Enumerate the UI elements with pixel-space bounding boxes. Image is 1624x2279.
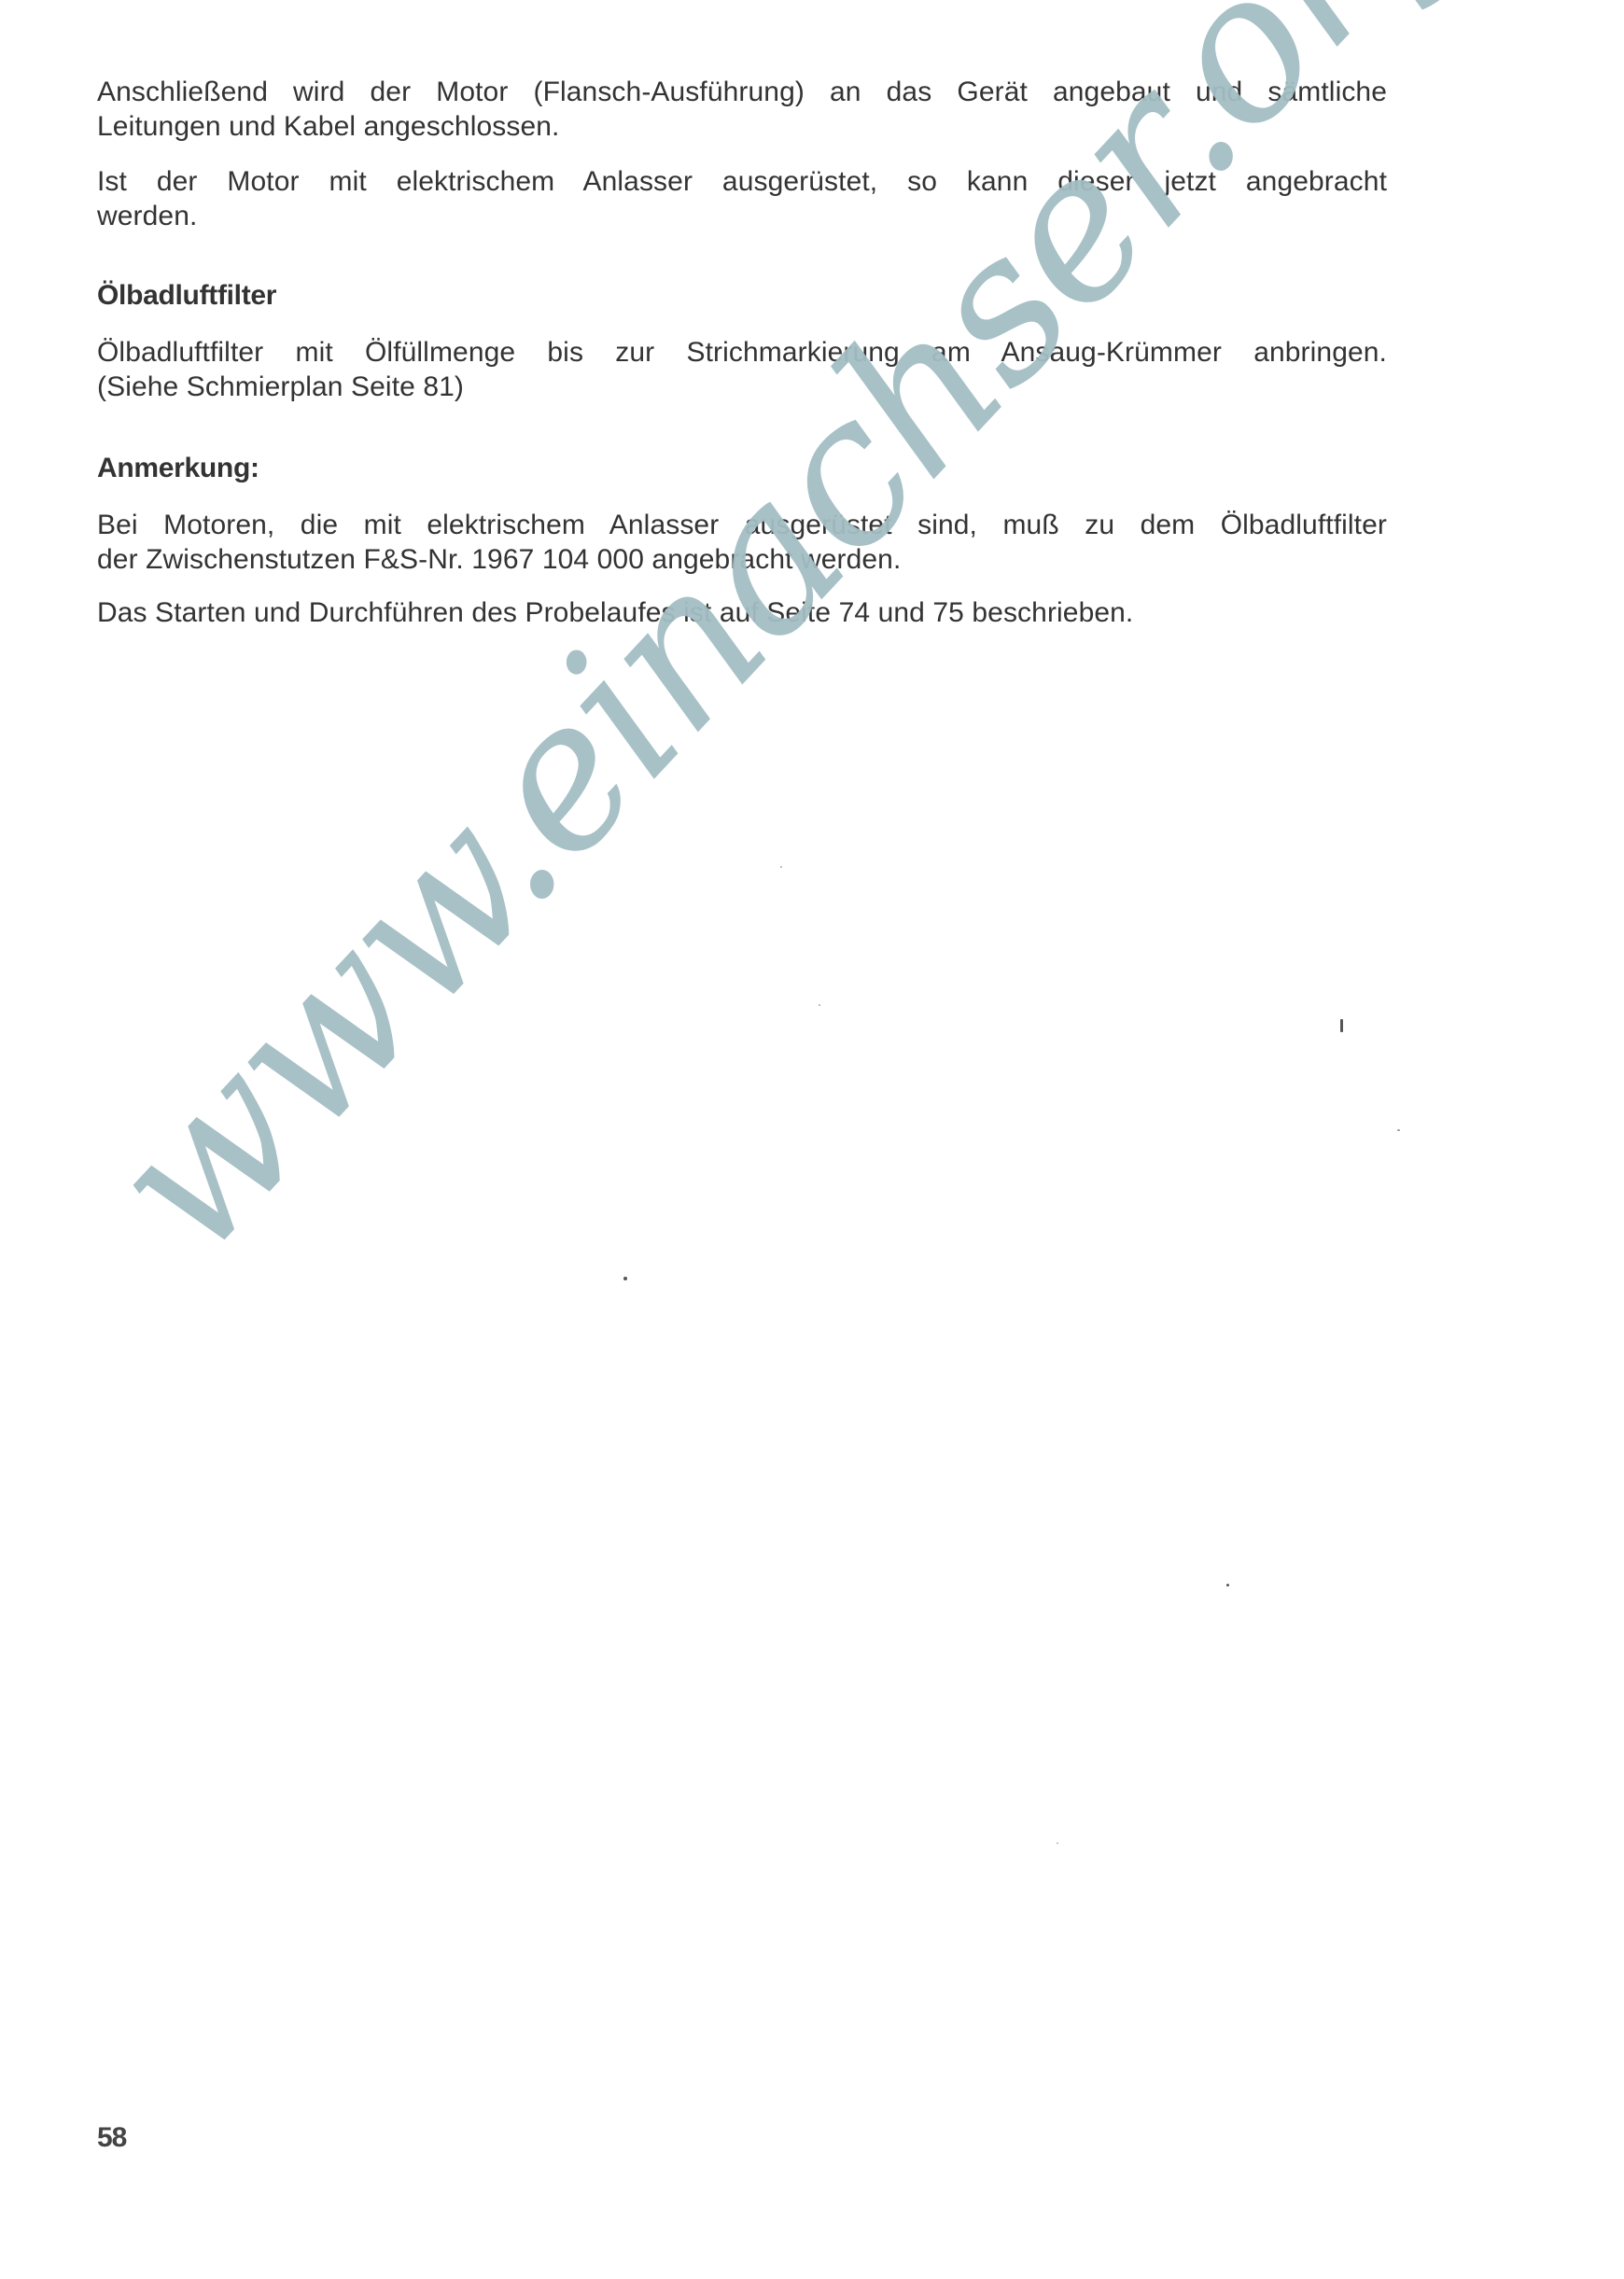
text-line: Leitungen und Kabel angeschlossen.	[97, 109, 1387, 144]
text-line: (Siehe Schmierplan Seite 81)	[97, 370, 1387, 404]
scan-speck	[1226, 1584, 1229, 1587]
scan-speck	[780, 866, 782, 868]
text-line: der Zwischenstutzen F&S-Nr. 1967 104 000…	[97, 542, 1387, 577]
page-content: Anschließend wird der Motor (Flansch-Aus…	[97, 75, 1387, 630]
text-line: Bei Motoren, die mit elektrischem Anlass…	[97, 508, 1387, 542]
paragraph-note-intermediate-socket: Bei Motoren, die mit elektrischem Anlass…	[97, 508, 1387, 577]
scan-speck	[623, 1277, 627, 1280]
text-line: werden.	[97, 199, 1387, 233]
paragraph-oil-bath-air-filter: Ölbadluftfilter mit Ölfüllmenge bis zur …	[97, 335, 1387, 404]
text-line: Anschließend wird der Motor (Flansch-Aus…	[97, 75, 1387, 109]
page-number: 58	[97, 2122, 126, 2154]
heading-oil-bath-air-filter: Ölbadluftfilter	[97, 278, 1387, 313]
text-line: Ist der Motor mit elektrischem Anlasser …	[97, 164, 1387, 199]
text-line: Ölbadluftfilter mit Ölfüllmenge bis zur …	[97, 335, 1387, 370]
text-line: Das Starten und Durchführen des Probelau…	[97, 595, 1387, 630]
scan-speck	[1057, 1842, 1058, 1844]
scan-speck	[1340, 1019, 1343, 1032]
scan-speck	[819, 1004, 820, 1006]
paragraph-motor-mounting: Anschließend wird der Motor (Flansch-Aus…	[97, 75, 1387, 144]
heading-note: Anmerkung:	[97, 451, 1387, 485]
scan-speck	[1397, 1129, 1400, 1131]
paragraph-electric-starter: Ist der Motor mit elektrischem Anlasser …	[97, 164, 1387, 233]
paragraph-test-run-reference: Das Starten und Durchführen des Probelau…	[97, 595, 1387, 630]
